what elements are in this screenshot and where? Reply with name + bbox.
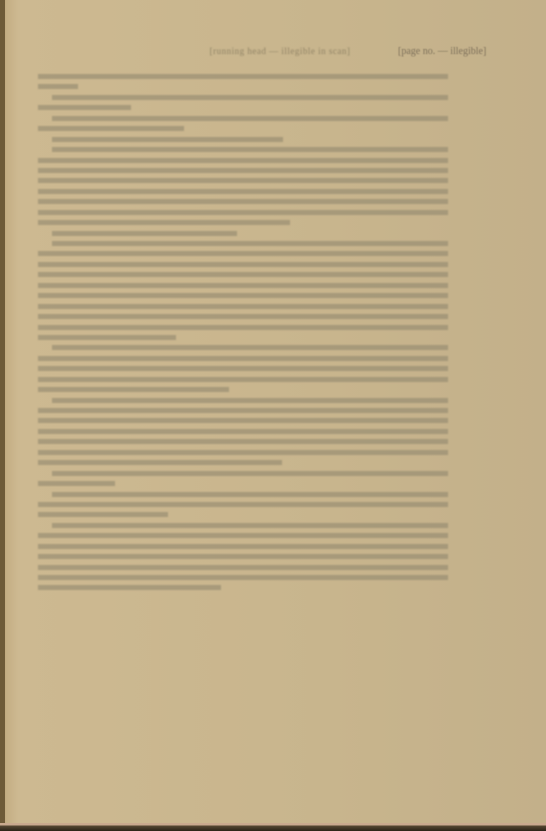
text-line bbox=[38, 426, 448, 436]
text-line bbox=[38, 238, 448, 248]
text-line bbox=[38, 102, 448, 112]
text-line bbox=[38, 81, 448, 91]
text-line bbox=[38, 530, 448, 540]
text-line bbox=[38, 155, 448, 165]
text-line bbox=[38, 363, 448, 373]
text-line bbox=[38, 415, 448, 425]
text-line bbox=[38, 395, 448, 405]
text-line bbox=[38, 468, 448, 478]
page-number: [page no. — illegible] bbox=[398, 46, 486, 57]
page-bottom-edge bbox=[0, 823, 546, 831]
book-page: [running head — illegible in scan] [page… bbox=[0, 0, 546, 831]
text-line bbox=[38, 322, 448, 332]
text-line bbox=[38, 217, 448, 227]
text-line bbox=[38, 332, 448, 342]
text-line bbox=[38, 123, 448, 133]
text-line bbox=[38, 165, 448, 175]
text-line bbox=[38, 405, 448, 415]
text-line bbox=[38, 113, 448, 123]
text-line bbox=[38, 353, 448, 363]
text-line bbox=[38, 207, 448, 217]
body-text bbox=[38, 71, 448, 593]
text-line bbox=[38, 92, 448, 102]
text-line bbox=[38, 447, 448, 457]
text-line bbox=[38, 71, 448, 81]
text-line bbox=[38, 582, 448, 592]
text-line bbox=[38, 562, 448, 572]
text-line bbox=[38, 551, 448, 561]
text-line bbox=[38, 509, 448, 519]
page-spine-edge bbox=[0, 0, 5, 831]
text-line bbox=[38, 489, 448, 499]
text-line bbox=[38, 436, 448, 446]
text-line bbox=[38, 259, 448, 269]
text-line bbox=[38, 520, 448, 530]
text-line bbox=[38, 144, 448, 154]
text-line bbox=[38, 457, 448, 467]
text-line bbox=[38, 499, 448, 509]
text-line bbox=[38, 228, 448, 238]
text-line bbox=[38, 186, 448, 196]
text-line bbox=[38, 541, 448, 551]
text-line bbox=[38, 175, 448, 185]
text-line bbox=[38, 269, 448, 279]
text-line bbox=[38, 301, 448, 311]
text-line bbox=[38, 374, 448, 384]
text-line bbox=[38, 134, 448, 144]
text-line bbox=[38, 248, 448, 258]
text-line bbox=[38, 384, 448, 394]
text-line bbox=[38, 572, 448, 582]
running-head: [running head — illegible in scan] bbox=[160, 46, 400, 56]
text-line bbox=[38, 290, 448, 300]
text-line bbox=[38, 478, 448, 488]
text-line bbox=[38, 280, 448, 290]
text-line bbox=[38, 311, 448, 321]
text-line bbox=[38, 342, 448, 352]
text-line bbox=[38, 196, 448, 206]
